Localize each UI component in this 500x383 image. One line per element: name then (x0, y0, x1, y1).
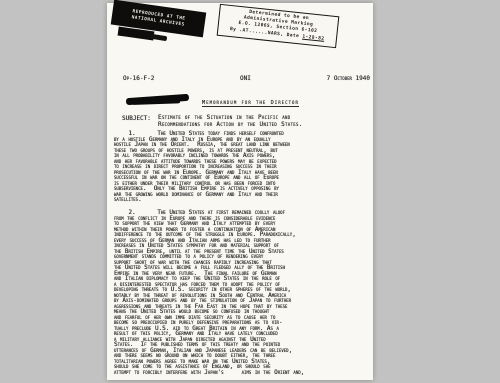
memo-title: Memorandum for the Director (202, 100, 299, 106)
scan-background: Reproduced at the National Archives Dete… (0, 0, 500, 383)
subject-label: SUBJECT: (122, 115, 151, 122)
memo-paragraph-2: 2. The United States at first remained c… (114, 210, 371, 375)
memo-body: 1. The United States today finds herself… (114, 131, 371, 375)
file-number: Op-16-F-2 (123, 75, 154, 82)
redaction-scribble (126, 94, 189, 105)
document-date: 7 October 1940 (327, 75, 370, 82)
document-page: Reproduced at the National Archives Dete… (107, 3, 373, 380)
office-abbreviation: ONI (240, 75, 251, 82)
subject-text: Estimate of the Situation in the Pacific… (158, 115, 303, 128)
admin-stamp-date: 1-28-82 (302, 34, 325, 41)
memo-paragraph-1: 1. The United States today finds herself… (114, 131, 371, 203)
administrative-marking-stamp: Determined to be an Administrative Marki… (217, 4, 340, 48)
